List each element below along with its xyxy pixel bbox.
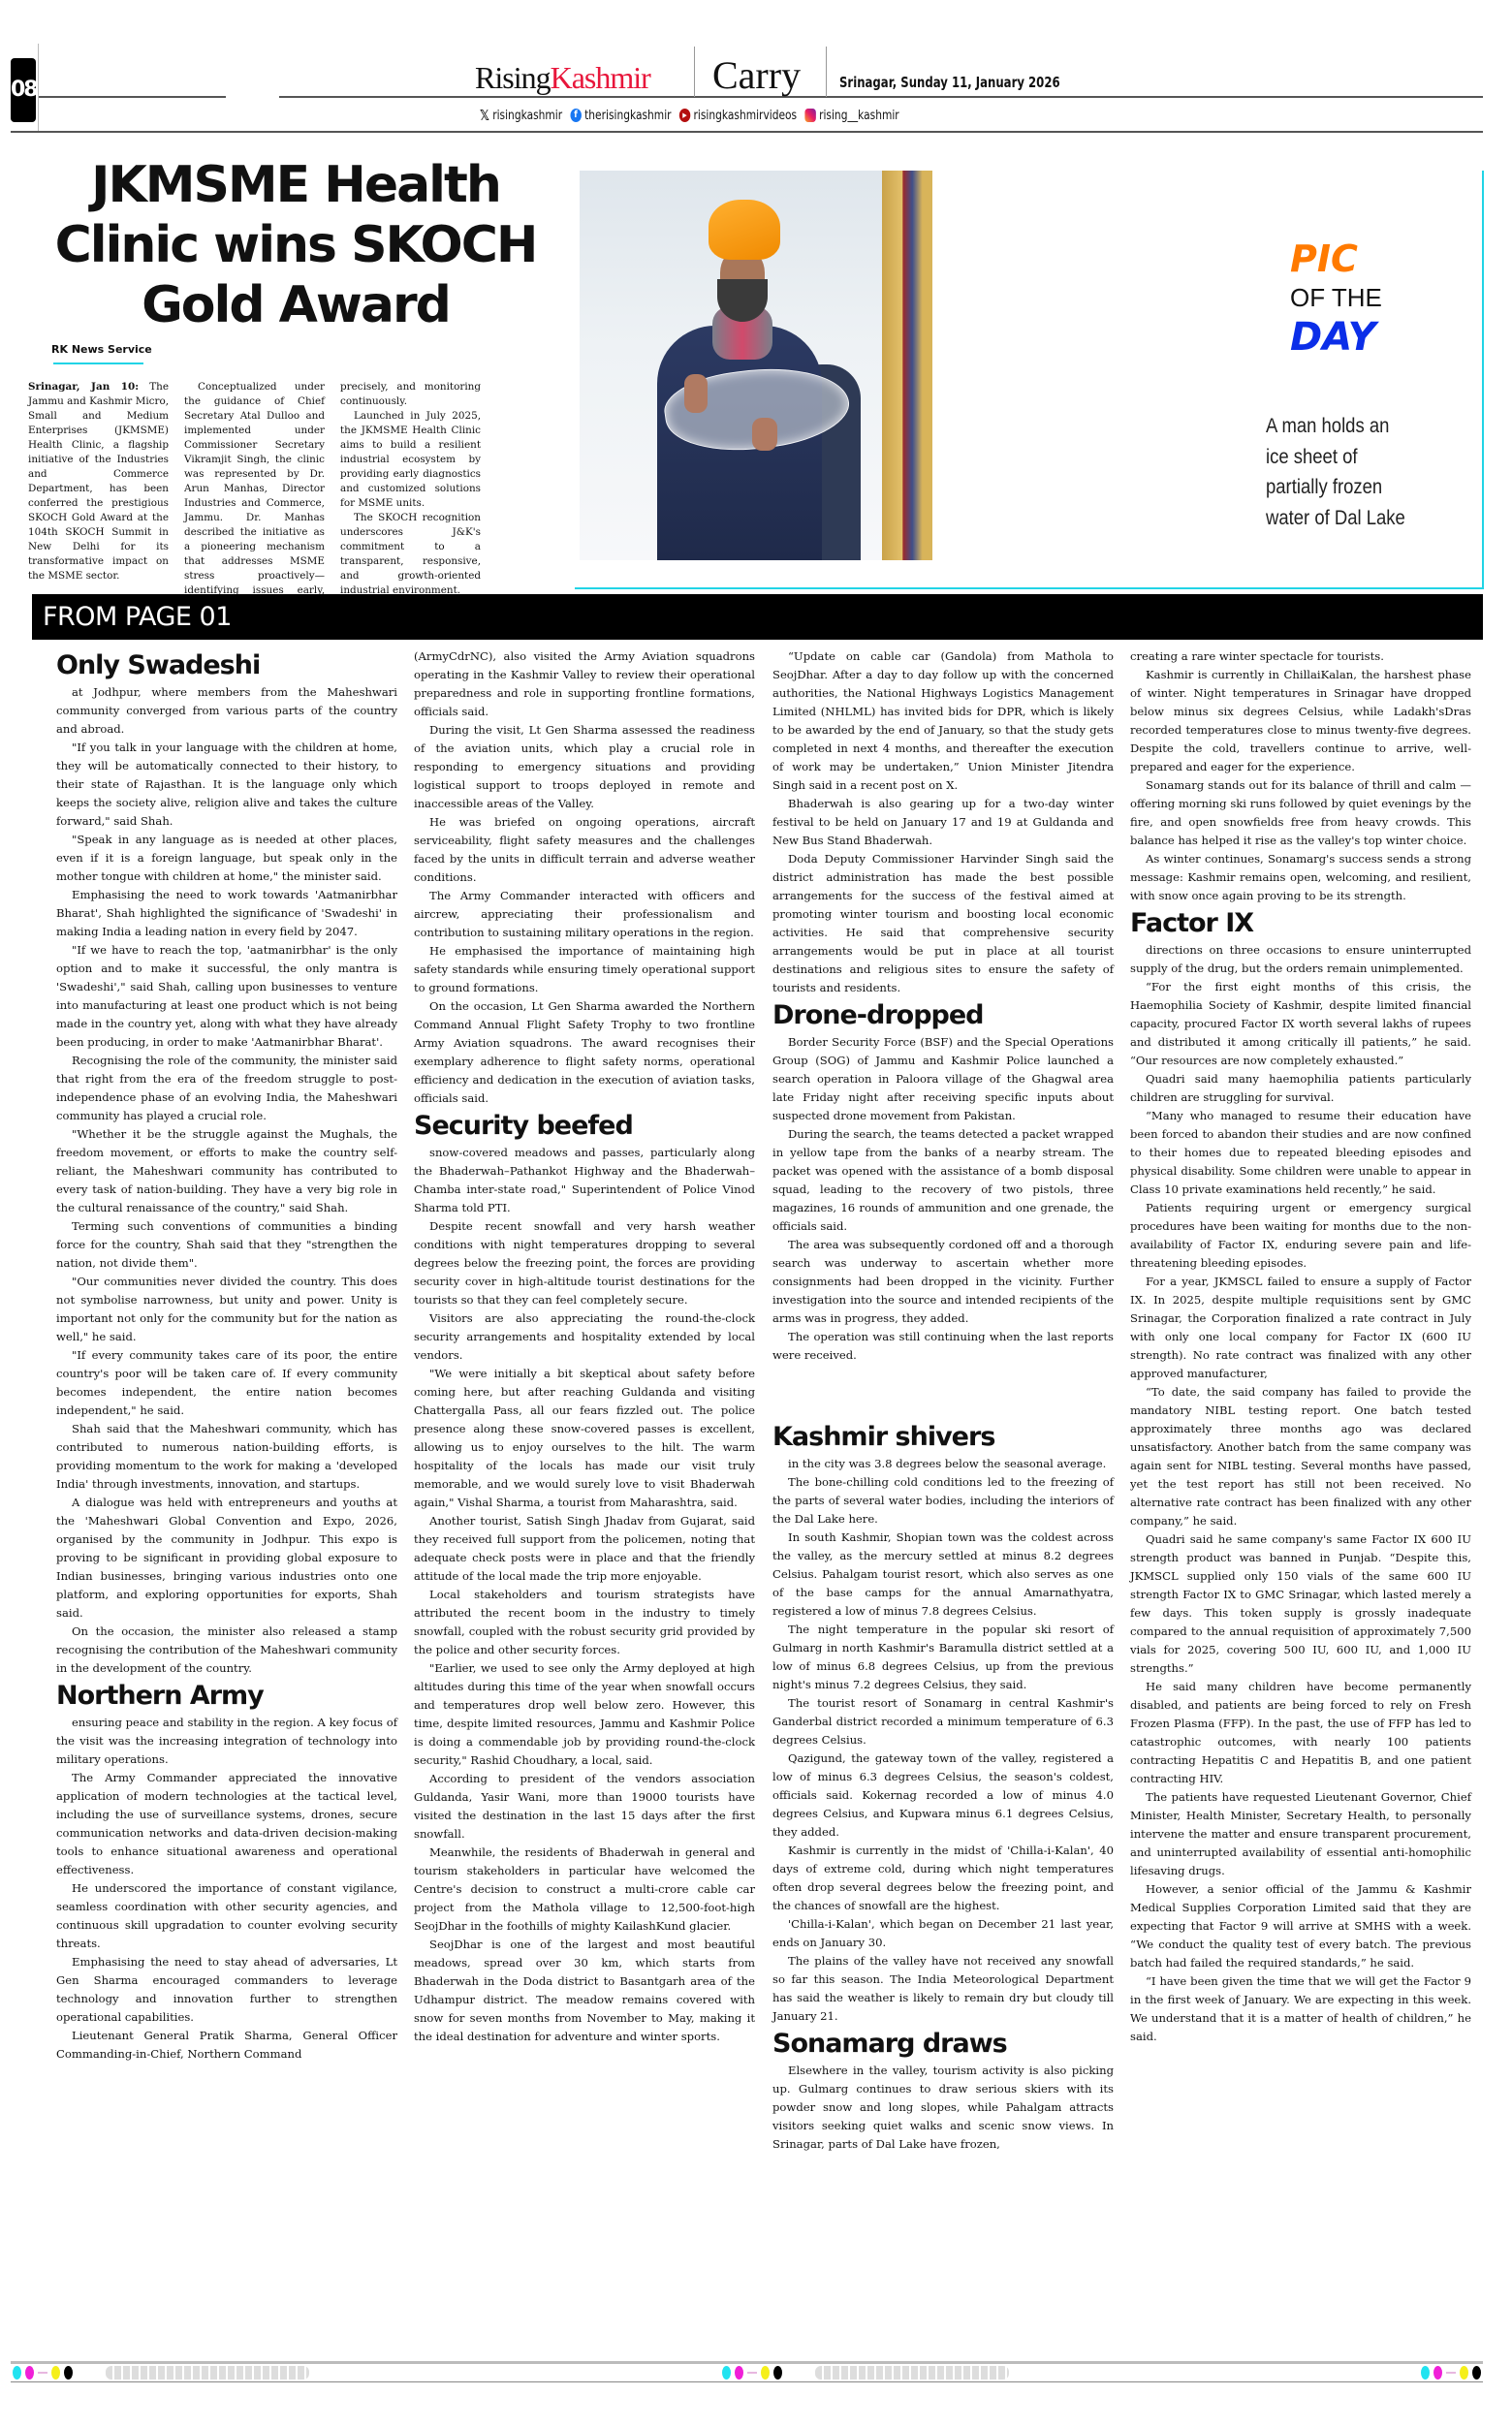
- masthead-rule-left: [38, 96, 226, 98]
- social-x[interactable]: 𝕏 risingkashmir: [480, 107, 562, 124]
- man-hand-left: [684, 374, 708, 413]
- label-day: DAY: [1290, 318, 1382, 357]
- gray-scale-bar: [106, 2366, 309, 2380]
- masthead-rule-bottom: [11, 131, 1483, 133]
- lead-body: Srinagar, Jan 10: The Jammu and Kashmir …: [28, 380, 484, 613]
- cyan-dot-icon: [1421, 2366, 1430, 2380]
- magenta-dot-icon: [25, 2366, 34, 2380]
- man-turban: [709, 200, 780, 260]
- page-number: 08: [11, 58, 36, 122]
- headline-factor-ix[interactable]: Factor IX: [1130, 906, 1471, 941]
- from-page-bar: FROM PAGE 01: [32, 594, 1483, 640]
- headline-security-beefed[interactable]: Security beefed: [414, 1109, 755, 1144]
- cyan-dot-icon: [13, 2366, 21, 2380]
- print-registration-strip: [11, 2361, 1483, 2382]
- yellow-dot-icon: [761, 2366, 770, 2380]
- brand-kashmir: Kashmir: [551, 60, 650, 95]
- brand-divider: [694, 47, 695, 97]
- registration-marks-left: [11, 2366, 309, 2380]
- cyan-dot-icon: [722, 2366, 731, 2380]
- youtube-icon: ▶: [679, 109, 690, 122]
- headline-sonamarg-draws[interactable]: Sonamarg draws: [772, 2027, 1114, 2062]
- black-dot-icon: [773, 2366, 782, 2380]
- byline: RK News Service: [51, 343, 152, 356]
- lead-col-1: Srinagar, Jan 10: The Jammu and Kashmir …: [28, 380, 169, 613]
- column-3: “Update on cable car (Gandola) from Math…: [772, 647, 1114, 2154]
- headline-drone-dropped[interactable]: Drone-dropped: [772, 998, 1114, 1033]
- section-name: Carry: [712, 56, 801, 95]
- social-instagram[interactable]: rising__kashmir: [804, 109, 898, 123]
- gray-scale-bar: [815, 2366, 1009, 2380]
- man-hand-right: [752, 418, 777, 451]
- lead-dateline: Srinagar, Jan 10:: [28, 381, 139, 393]
- social-facebook[interactable]: f therisingkashmir: [570, 109, 671, 123]
- facebook-icon: f: [570, 109, 581, 122]
- issue-date: Srinagar, Sunday 11, January 2026: [839, 74, 1060, 91]
- column-1: Only Swadeshi at Jodhpur, where members …: [56, 647, 397, 2064]
- yellow-dot-icon: [51, 2366, 60, 2380]
- magenta-dot-icon: [1433, 2366, 1442, 2380]
- lead-col-2: Conceptualized under the guidance of Chi…: [184, 380, 325, 613]
- story-only-swadeshi: at Jodhpur, where members from the Mahes…: [56, 683, 397, 1678]
- story-sonamarg-draws-cont: creating a rare winter spectacle for tou…: [1130, 647, 1471, 905]
- brand-rising: Rising: [475, 60, 551, 95]
- story-northern-army-cont: (ArmyCdrNC), also visited the Army Aviat…: [414, 647, 755, 1108]
- column-4: creating a rare winter spectacle for tou…: [1130, 647, 1471, 2046]
- brand-logo: RisingKashmir: [475, 62, 650, 93]
- crosshair-icon: [747, 2372, 757, 2374]
- shikara-boat: [882, 171, 932, 560]
- social-links: 𝕏 risingkashmir f therisingkashmir ▶ ris…: [480, 107, 899, 124]
- crosshair-icon: [1446, 2372, 1456, 2374]
- masthead-vrule: [38, 44, 39, 131]
- column-gap: [772, 1365, 1114, 1419]
- yellow-dot-icon: [1460, 2366, 1468, 2380]
- masthead-rule-right: [279, 96, 1483, 98]
- social-youtube[interactable]: ▶ risingkashmirvideos: [679, 109, 797, 123]
- story-security-beefed: snow-covered meadows and passes, particu…: [414, 1144, 755, 2046]
- byline-rule: [53, 362, 143, 364]
- black-dot-icon: [64, 2366, 73, 2380]
- story-factor-ix: directions on three occasions to ensure …: [1130, 941, 1471, 2046]
- headline-kashmir-shivers[interactable]: Kashmir shivers: [772, 1420, 1114, 1455]
- label-of-the: OF THE: [1290, 285, 1382, 310]
- magenta-dot-icon: [735, 2366, 743, 2380]
- instagram-icon: [804, 109, 815, 122]
- registration-marks-right: [1421, 2366, 1483, 2380]
- story-sonamarg-draws: Elsewhere in the valley, tourism activit…: [772, 2062, 1114, 2154]
- story-security-beefed-cont: “Update on cable car (Gandola) from Math…: [772, 647, 1114, 997]
- crosshair-icon: [38, 2372, 47, 2374]
- story-drone-dropped: Border Security Force (BSF) and the Spec…: [772, 1033, 1114, 1365]
- pic-caption: A man holds an ice sheet of partially fr…: [1266, 411, 1411, 533]
- registration-marks-center: [722, 2366, 1009, 2380]
- column-2: (ArmyCdrNC), also visited the Army Aviat…: [414, 647, 755, 2046]
- label-pic: PIC: [1290, 240, 1382, 277]
- black-dot-icon: [1472, 2366, 1481, 2380]
- section-divider: [826, 47, 827, 97]
- lead-headline: JKMSME Health Clinic wins SKOCH Gold Awa…: [44, 155, 548, 335]
- story-kashmir-shivers: in the city was 3.8 degrees below the se…: [772, 1455, 1114, 2026]
- headline-northern-army[interactable]: Northern Army: [56, 1679, 397, 1714]
- pic-of-day-photo[interactable]: [580, 171, 932, 560]
- lead-col-3: precisely, and monitoring continuously. …: [340, 380, 481, 613]
- story-northern-army: ensuring peace and stability in the regi…: [56, 1714, 397, 2064]
- x-icon: 𝕏: [480, 107, 489, 124]
- pic-of-day-label: PIC OF THE DAY: [1290, 240, 1382, 357]
- headline-only-swadeshi[interactable]: Only Swadeshi: [56, 648, 397, 683]
